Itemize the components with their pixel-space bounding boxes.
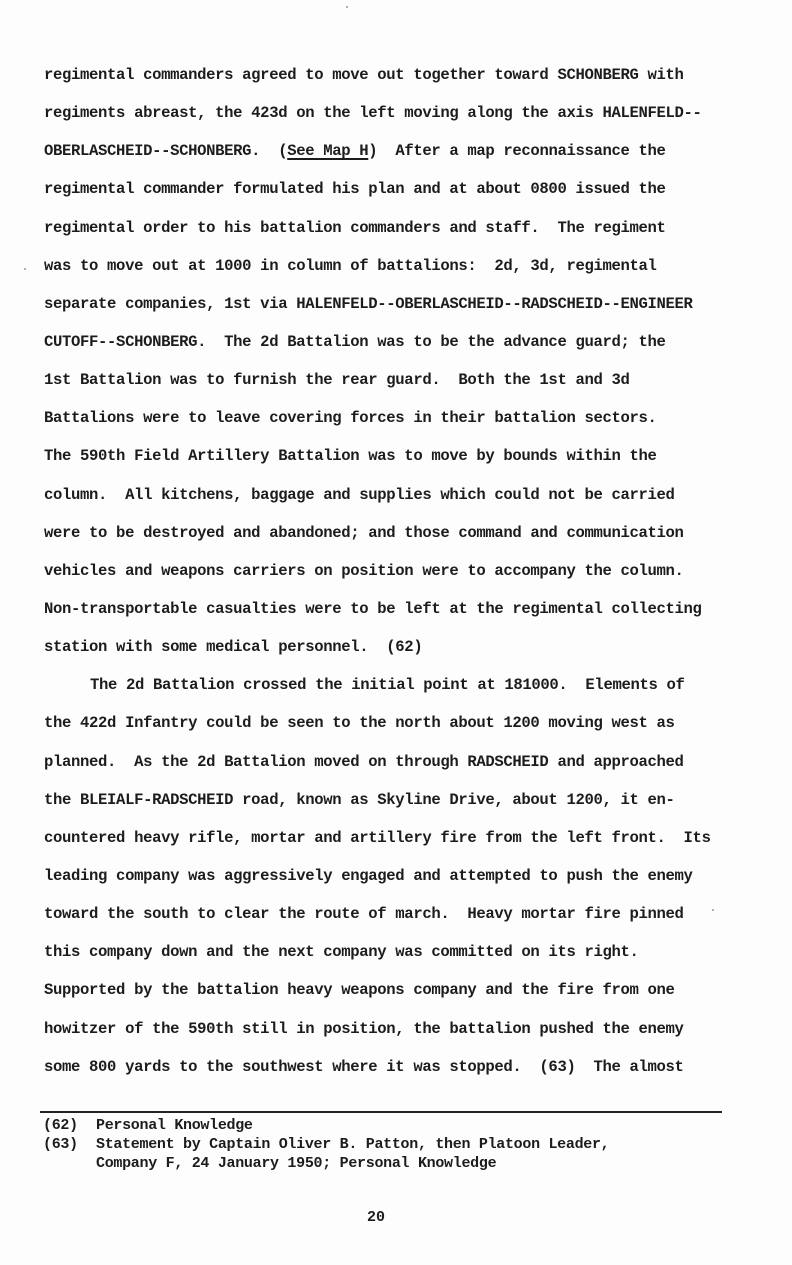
map-reference-link[interactable]: See Map H xyxy=(287,142,368,160)
text-line: this company down and the next company w… xyxy=(44,937,764,975)
footnote-text: Statement by Captain Oliver B. Patton, t… xyxy=(96,1135,609,1154)
text-line: separate companies, 1st via HALENFELD--O… xyxy=(44,289,764,327)
page-number: 20 xyxy=(0,1209,752,1226)
scan-speck xyxy=(24,268,26,270)
text-line: Non-transportable casualties were to be … xyxy=(44,594,764,632)
text-line: regiments abreast, the 423d on the left … xyxy=(44,98,764,136)
text-line: howitzer of the 590th still in position,… xyxy=(44,1014,764,1052)
footnote: (63)Statement by Captain Oliver B. Patto… xyxy=(43,1135,743,1154)
text-line: was to move out at 1000 in column of bat… xyxy=(44,251,764,289)
footnote-text: Company F, 24 January 1950; Personal Kno… xyxy=(96,1154,496,1173)
footnote: Company F, 24 January 1950; Personal Kno… xyxy=(43,1154,743,1173)
text-line: CUTOFF--SCHONBERG. The 2d Battalion was … xyxy=(44,327,764,365)
text-line: 1st Battalion was to furnish the rear gu… xyxy=(44,365,764,403)
footnote-text: Personal Knowledge xyxy=(96,1116,253,1135)
paren: ( xyxy=(278,142,287,160)
text-line: some 800 yards to the southwest where it… xyxy=(44,1052,764,1090)
footnote-number xyxy=(43,1154,96,1173)
text-line: were to be destroyed and abandoned; and … xyxy=(44,518,764,556)
footnote-number: (62) xyxy=(43,1116,96,1135)
text-line: regimental commander formulated his plan… xyxy=(44,174,764,212)
footnotes: (62)Personal Knowledge(63)Statement by C… xyxy=(43,1116,743,1173)
text-line: leading company was aggressively engaged… xyxy=(44,861,764,899)
text-line: the 422d Infantry could be seen to the n… xyxy=(44,708,764,746)
footnote: (62)Personal Knowledge xyxy=(43,1116,743,1135)
text-line: The 2d Battalion crossed the initial poi… xyxy=(44,670,764,708)
body-text: regimental commanders agreed to move out… xyxy=(44,60,764,1090)
text-span: ) After a map reconnaissance the xyxy=(368,142,665,160)
footnote-rule xyxy=(40,1111,722,1113)
text-line: toward the south to clear the route of m… xyxy=(44,899,764,937)
text-line: regimental order to his battalion comman… xyxy=(44,213,764,251)
text-line: vehicles and weapons carriers on positio… xyxy=(44,556,764,594)
text-line: regimental commanders agreed to move out… xyxy=(44,60,764,98)
scan-speck xyxy=(712,909,714,911)
footnote-number: (63) xyxy=(43,1135,96,1154)
text-line: the BLEIALF-RADSCHEID road, known as Sky… xyxy=(44,785,764,823)
text-span: OBERLASCHEID--SCHONBERG. xyxy=(44,142,278,160)
scan-speck xyxy=(346,6,348,8)
text-line: OBERLASCHEID--SCHONBERG. (See Map H) Aft… xyxy=(44,136,764,174)
text-line: countered heavy rifle, mortar and artill… xyxy=(44,823,764,861)
document-page: regimental commanders agreed to move out… xyxy=(0,0,792,1265)
text-line: planned. As the 2d Battalion moved on th… xyxy=(44,747,764,785)
text-line: Supported by the battalion heavy weapons… xyxy=(44,975,764,1013)
text-line: station with some medical personnel. (62… xyxy=(44,632,764,670)
text-line: column. All kitchens, baggage and suppli… xyxy=(44,480,764,518)
text-line: Battalions were to leave covering forces… xyxy=(44,403,764,441)
text-line: The 590th Field Artillery Battalion was … xyxy=(44,441,764,479)
